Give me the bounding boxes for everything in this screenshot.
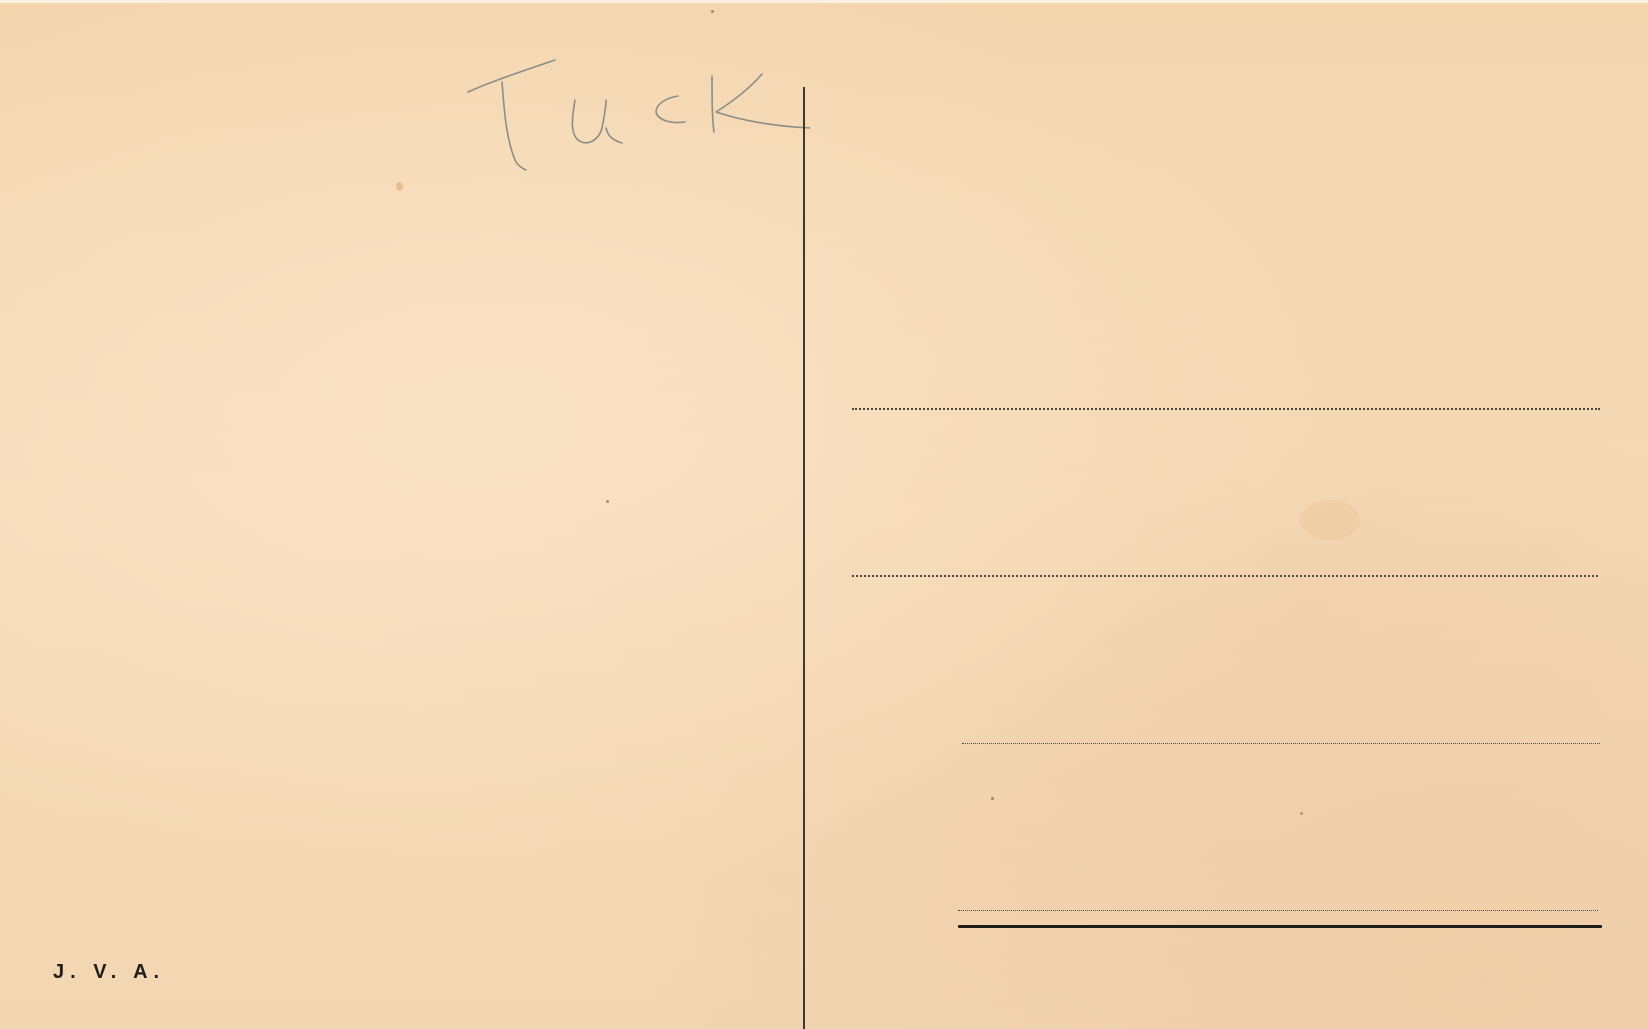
paper-speck	[396, 182, 403, 191]
handwritten-note: TUCK	[460, 48, 810, 178]
address-line-1	[852, 408, 1600, 410]
postcard-back: TUCK J. V. A.	[0, 0, 1648, 1029]
message-address-divider	[803, 87, 805, 1029]
paper-speck	[606, 500, 609, 503]
publisher-mark: J. V. A.	[53, 961, 165, 984]
address-line-4	[958, 910, 1598, 911]
address-underline	[958, 925, 1602, 928]
paper-speck	[1300, 812, 1303, 815]
card-top-edge	[0, 0, 1648, 3]
paper-speck	[711, 10, 714, 13]
address-line-3	[962, 743, 1600, 744]
paper-speck	[1300, 500, 1360, 540]
paper-speck	[991, 797, 994, 800]
address-line-2	[852, 575, 1598, 577]
